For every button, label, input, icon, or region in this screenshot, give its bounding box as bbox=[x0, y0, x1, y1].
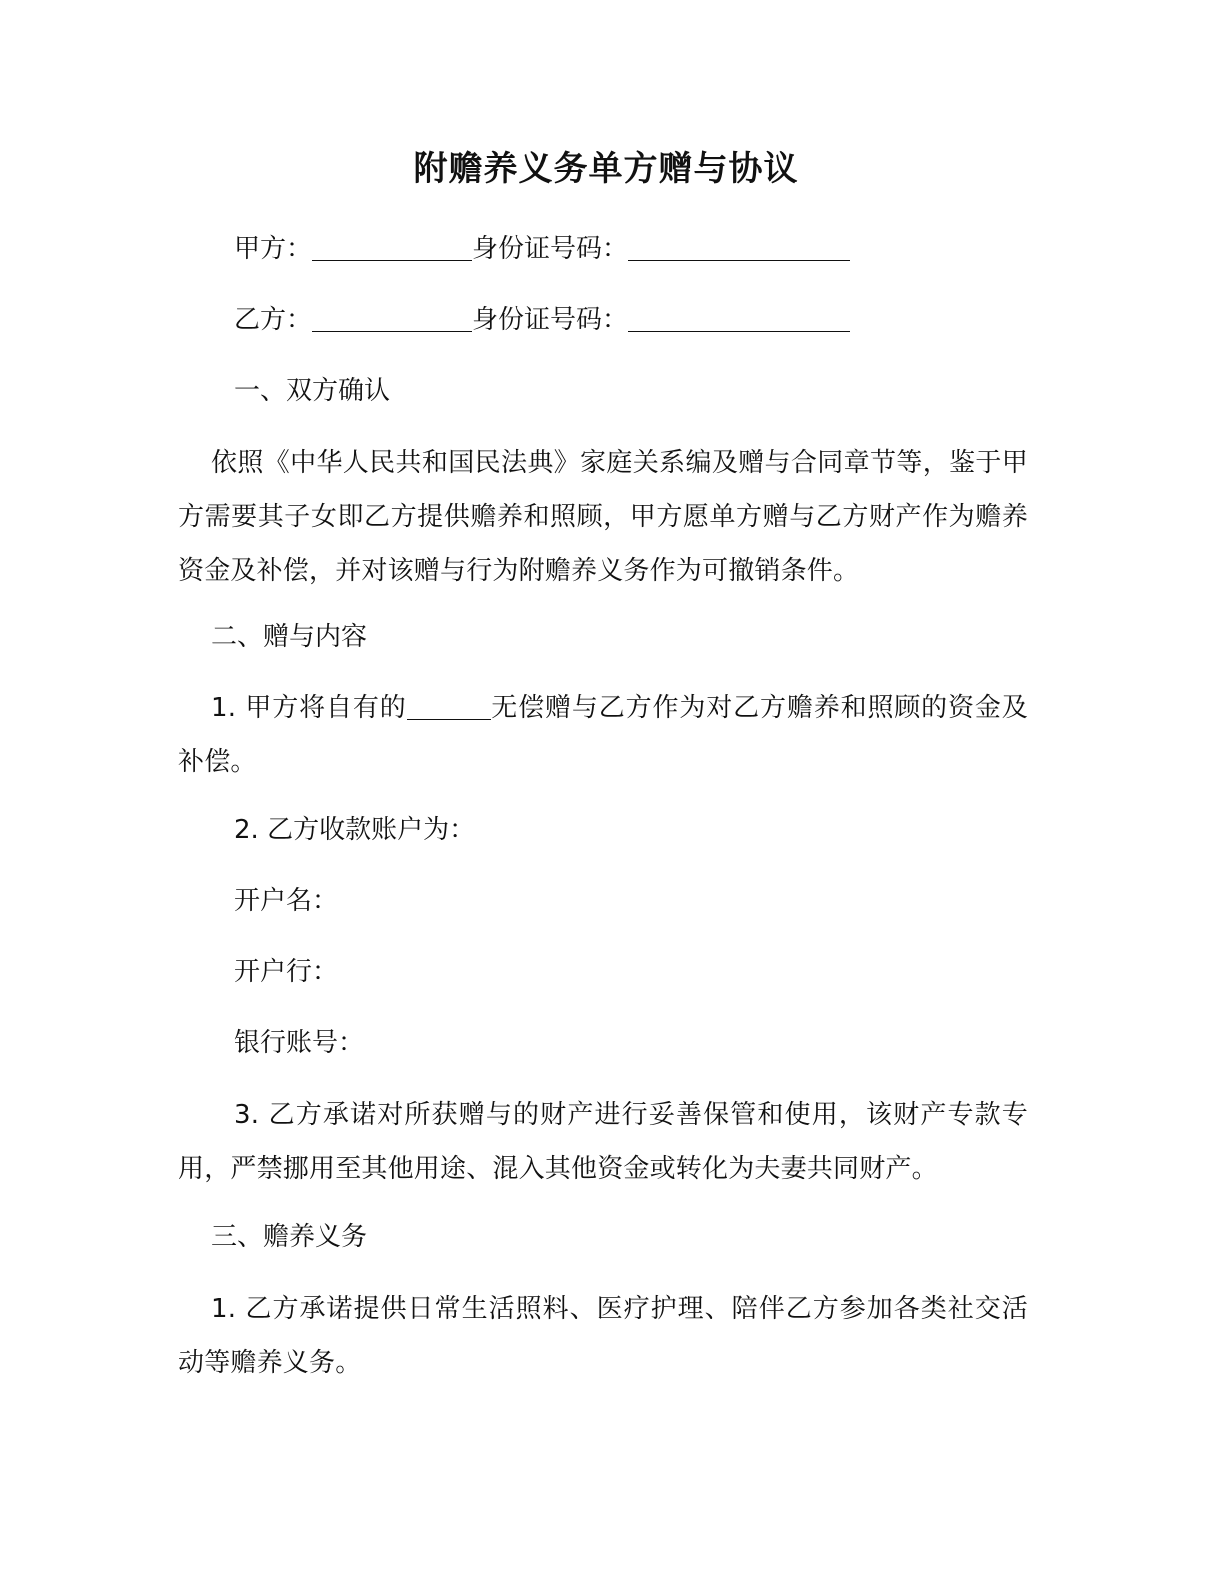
section1-heading: 一、双方确认 bbox=[234, 373, 390, 409]
item1-prefix: 1. 甲方将自有的 bbox=[211, 693, 407, 723]
party-b-line: 乙方：身份证号码： bbox=[234, 302, 850, 338]
party-b-label: 乙方： bbox=[234, 305, 312, 335]
section2-heading: 二、赠与内容 bbox=[211, 619, 367, 655]
account-number-label: 银行账号： bbox=[234, 1025, 364, 1061]
document-page: 附赡养义务单方赠与协议 甲方：身份证号码： 乙方：身份证号码： 一、双方确认 依… bbox=[0, 0, 1224, 1584]
section2-item1: 1. 甲方将自有的无偿赠与乙方作为对乙方赡养和照顾的资金及补偿。 bbox=[178, 681, 1028, 789]
section3-heading: 三、赡养义务 bbox=[211, 1219, 367, 1255]
section2-item2: 2. 乙方收款账户为： bbox=[234, 812, 475, 848]
document-title: 附赡养义务单方赠与协议 bbox=[0, 144, 1212, 194]
bank-label: 开户行： bbox=[234, 954, 338, 990]
gift-property-blank[interactable] bbox=[407, 693, 491, 720]
party-b-name-blank[interactable] bbox=[312, 305, 472, 332]
party-a-id-label: 身份证号码： bbox=[472, 234, 628, 264]
account-name-label: 开户名： bbox=[234, 883, 338, 919]
party-a-line: 甲方：身份证号码： bbox=[234, 231, 850, 267]
party-a-id-blank[interactable] bbox=[628, 234, 850, 261]
party-a-name-blank[interactable] bbox=[312, 234, 472, 261]
party-a-label: 甲方： bbox=[234, 234, 312, 264]
party-b-id-label: 身份证号码： bbox=[472, 305, 628, 335]
section2-item3: 3. 乙方承诺对所获赠与的财产进行妥善保管和使用，该财产专款专用，严禁挪用至其他… bbox=[178, 1088, 1028, 1196]
party-b-id-blank[interactable] bbox=[628, 305, 850, 332]
section1-body: 依照《中华人民共和国民法典》家庭关系编及赠与合同章节等，鉴于甲方需要其子女即乙方… bbox=[178, 436, 1028, 598]
section3-item1: 1. 乙方承诺提供日常生活照料、医疗护理、陪伴乙方参加各类社交活动等赡养义务。 bbox=[178, 1282, 1028, 1390]
